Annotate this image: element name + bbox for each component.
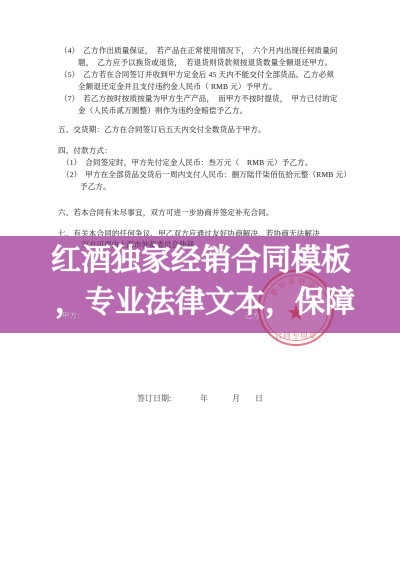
day-label: 日 [255, 394, 263, 404]
contract-text-line: （2） 甲方在全部货品交货后一周内支付人民币：捌万陆仟柒佰伍拾元整（RMB 元） [62, 170, 351, 179]
contract-page-screenshot: { "document": { "lines": [ {"t": "（4） 乙方… [0, 0, 400, 566]
contract-text-line: （5） 乙方若在合同签订并收到甲方定金后 45 天内不能交付全部货品。乙方必须 [60, 70, 334, 79]
contract-text-line: 予乙方。 [80, 182, 111, 191]
contract-text-line: 四、付款方式： [58, 146, 112, 155]
seal-label: 合同专用章 [258, 332, 334, 340]
contract-text-line: 五、交货期：乙方在合同签订后五天内交付全数货品于甲方。 [58, 125, 266, 134]
promo-headline-line1: 红酒独家经销合同模板 [51, 245, 351, 277]
contract-text-line: （1） 合同签定时，甲方先付定金人民币：叁万元（ RMB 元）予乙方。 [62, 158, 313, 167]
month-label: 月 [232, 394, 240, 404]
contract-text-line: 六、若本合同有未尽事宜，双方可进一步协商并签定补充合同。 [58, 208, 274, 217]
contract-text-line: （4） 乙方作出质量保证， 若产品在正常使用情况下， 六个月内出现任何质量问 [60, 46, 338, 55]
year-label: 年 [200, 394, 208, 404]
contract-document-page: （4） 乙方作出质量保证， 若产品在正常使用情况下， 六个月内出现任何质量问题，… [0, 0, 400, 566]
promo-headline-line2: ，专业法律文本，保障 [55, 287, 355, 319]
contract-text-line: （7） 若乙方按时按质按量为甲方生产产品， 而甲方不按时提货， 甲方已付的定 [60, 94, 338, 103]
contract-text-line: 金（人民币贰万圆整）则作为违约金赔偿予乙方。 [78, 106, 247, 115]
contract-text-line: 全额退还定金并且支付违约金人民币（ RMB 元）予甲方。 [78, 82, 277, 91]
signing-date-label: 签订日期: [137, 394, 171, 404]
contract-text-line: 题， 乙方应予以换货或退货， 若退货则货款须按退货数量全额退还甲方。 [78, 58, 332, 67]
